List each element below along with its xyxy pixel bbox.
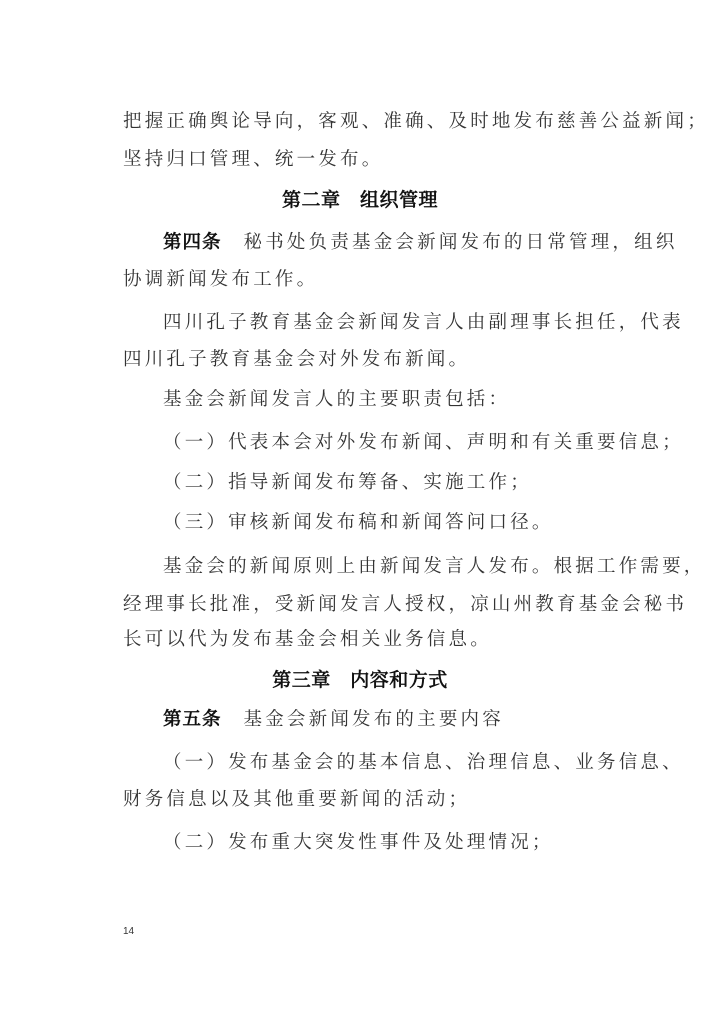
duties-intro: 基金会新闻发言人的主要职责包括：	[163, 388, 633, 412]
content-item-1-line-2: 财务信息以及其他重要新闻的活动；	[123, 788, 633, 812]
article-5-label: 第五条	[163, 709, 222, 730]
principle-para-line-1: 基金会的新闻原则上由新闻发言人发布。根据工作需要，	[163, 555, 633, 579]
duty-item-3: （三）审核新闻发布稿和新闻答问口径。	[163, 511, 633, 535]
chapter-3-heading: 第三章 内容和方式	[0, 668, 720, 692]
principle-para-line-2: 经理事长批准，受新闻发言人授权，凉山州教育基金会秘书	[123, 593, 633, 617]
document-page: 把握正确舆论导向，客观、准确、及时地发布慈善公益新闻； 坚持归口管理、统一发布。…	[0, 0, 720, 1018]
article-4-label: 第四条	[163, 232, 222, 253]
spokesman-para-line-2: 四川孔子教育基金会对外发布新闻。	[123, 348, 633, 372]
chapter-2-heading: 第二章 组织管理	[0, 188, 720, 212]
content-item-1-line-1: （一）发布基金会的基本信息、治理信息、业务信息、	[163, 751, 633, 775]
content-item-2: （二）发布重大突发性事件及处理情况；	[163, 831, 633, 855]
article-5-text: 基金会新闻发布的主要内容	[244, 709, 504, 730]
intro-line-1: 把握正确舆论导向，客观、准确、及时地发布慈善公益新闻；	[123, 110, 633, 134]
article-4-text: 秘书处负责基金会新闻发布的日常管理，组织	[244, 232, 678, 253]
intro-line-2: 坚持归口管理、统一发布。	[123, 148, 633, 172]
article-5-line: 第五条基金会新闻发布的主要内容	[163, 708, 633, 732]
duty-item-2: （二）指导新闻发布筹备、实施工作；	[163, 471, 633, 495]
principle-para-line-3: 长可以代为发布基金会相关业务信息。	[123, 628, 633, 652]
spokesman-para-line-1: 四川孔子教育基金会新闻发言人由副理事长担任，代表	[163, 311, 633, 335]
duty-item-1: （一）代表本会对外发布新闻、声明和有关重要信息；	[163, 431, 633, 455]
page-number: 14	[123, 925, 134, 939]
article-4-line-2: 协调新闻发布工作。	[123, 268, 633, 292]
article-4-line-1: 第四条秘书处负责基金会新闻发布的日常管理，组织	[163, 231, 633, 255]
